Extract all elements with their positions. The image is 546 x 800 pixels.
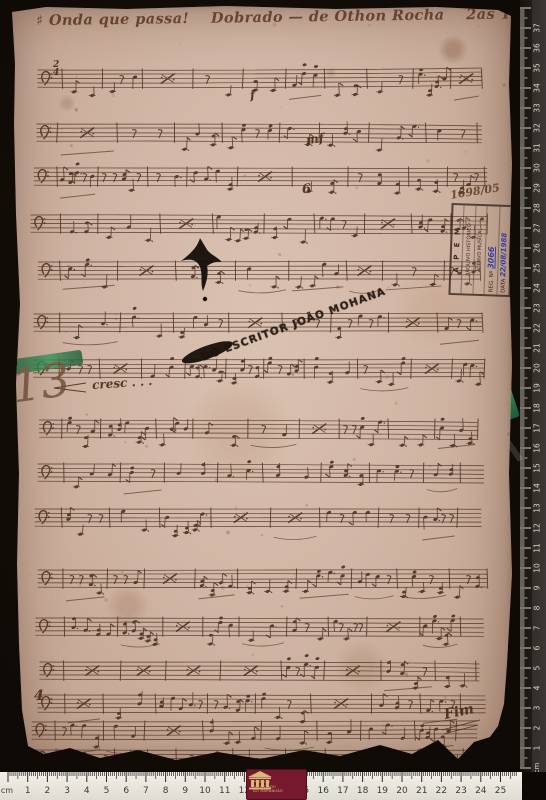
- horizontal-ruler-number: 6: [123, 786, 129, 796]
- vertical-ruler-number: 35: [533, 63, 542, 73]
- stamp-date-label: DATA: [501, 279, 507, 293]
- vertical-ruler-number: 8: [533, 605, 542, 610]
- horizontal-ruler-number: 23: [455, 786, 466, 796]
- building-icon: [247, 770, 273, 790]
- vertical-ruler-ticks: 1234567891011121314151617181920212223242…: [520, 0, 546, 772]
- horizontal-ruler-number: 2: [45, 786, 51, 796]
- horizontal-ruler-number: 25: [495, 786, 506, 796]
- vertical-ruler-number: 34: [533, 83, 542, 93]
- vertical-ruler-number: 13: [533, 503, 542, 513]
- vertical-ruler-number: 10: [533, 563, 542, 573]
- music-notation: [6, 4, 514, 766]
- vertical-ruler-number: 23: [533, 303, 542, 313]
- vertical-ruler-number: 28: [533, 203, 542, 213]
- vertical-ruler-number: 6: [533, 645, 542, 650]
- stamp-reg-label: REG. Nº: [488, 271, 495, 293]
- horizontal-ruler: 1234567891011121314151617181920212223242…: [0, 772, 522, 800]
- horizontal-ruler-number: 4: [84, 786, 90, 796]
- horizontal-ruler-number: 17: [337, 786, 348, 796]
- horizontal-ruler-number: 18: [357, 786, 369, 796]
- vertical-ruler-number: 33: [533, 103, 542, 113]
- vertical-ruler-number: 12: [533, 523, 542, 533]
- horizontal-ruler-number: 19: [377, 786, 389, 796]
- vertical-ruler-number: 16: [533, 443, 542, 453]
- score-annotation: mf: [305, 131, 325, 147]
- horizontal-ruler-number: 3: [64, 786, 70, 796]
- stamp-date-value: 22/08/1988: [499, 233, 509, 277]
- registration-stamp-text: A P E M ARQUIVO HISTÓRICO ACERVO MUSICAL…: [450, 205, 511, 295]
- horizontal-ruler-number: 7: [143, 786, 149, 796]
- vertical-ruler-number: 32: [533, 123, 542, 133]
- vertical-ruler-number: 36: [533, 43, 542, 53]
- vertical-ruler-number: 25: [533, 263, 542, 273]
- horizontal-ruler-number: 20: [396, 786, 408, 796]
- vertical-ruler-number: 3: [533, 705, 542, 710]
- horizontal-ruler-number: 5: [104, 786, 110, 796]
- horizontal-ruler-number: 11: [219, 786, 230, 796]
- vertical-ruler-number: 7: [533, 625, 542, 630]
- vertical-ruler-number: 15: [533, 463, 542, 473]
- stamp-reg-number: 3066: [486, 246, 496, 269]
- archive-logo: ARQUIVO PÚBLICO DO ESTADO DO MARANHÃO: [246, 769, 307, 800]
- vertical-ruler-number: 4: [533, 685, 542, 690]
- vertical-ruler-number: 20: [533, 363, 542, 373]
- vertical-ruler-number: 22: [533, 323, 542, 333]
- horizontal-ruler-number: 1: [25, 786, 31, 796]
- vertical-ruler-number: 11: [533, 543, 542, 553]
- vertical-ruler: 1234567891011121314151617181920212223242…: [520, 0, 546, 772]
- horizontal-ruler-unit: cm: [1, 786, 13, 795]
- horizontal-ruler-number: 24: [475, 786, 487, 796]
- vertical-ruler-number: 18: [533, 403, 542, 413]
- manuscript-page: ♯ Onda que passa! Dobrado — de Othon Roc…: [6, 4, 514, 766]
- vertical-ruler-number: 1: [533, 745, 542, 750]
- photo-stage: ♯ Onda que passa! Dobrado — de Othon Roc…: [0, 0, 546, 800]
- horizontal-ruler-number: 16: [317, 786, 329, 796]
- vertical-ruler-number: 5: [533, 665, 542, 670]
- score-annotation: 6: [301, 182, 311, 198]
- stamp-date-row: DATA 22/08/1988: [497, 207, 511, 295]
- vertical-ruler-unit: cm: [533, 762, 541, 772]
- horizontal-ruler-number: 8: [163, 786, 169, 796]
- vertical-ruler-number: 19: [533, 383, 542, 393]
- horizontal-ruler-number: 21: [416, 786, 427, 796]
- vertical-ruler-number: 9: [533, 585, 542, 590]
- vertical-ruler-number: 21: [533, 343, 542, 353]
- vertical-ruler-number: 14: [533, 483, 542, 493]
- horizontal-ruler-number: 9: [182, 786, 188, 796]
- score-annotation: 4: [34, 688, 44, 704]
- horizontal-ruler-number: 10: [199, 786, 211, 796]
- score-annotation: 4: [53, 68, 59, 78]
- vertical-ruler-number: 24: [533, 283, 542, 293]
- vertical-ruler-number: 31: [533, 143, 542, 153]
- vertical-ruler-number: 30: [533, 163, 542, 173]
- horizontal-ruler-number: 22: [436, 786, 447, 796]
- vertical-ruler-number: 37: [533, 23, 542, 33]
- vertical-ruler-number: 27: [533, 223, 542, 233]
- vertical-ruler-number: 2: [533, 725, 542, 730]
- vertical-ruler-number: 17: [533, 423, 542, 433]
- vertical-ruler-number: 29: [533, 183, 542, 193]
- registration-stamp: A P E M ARQUIVO HISTÓRICO ACERVO MUSICAL…: [448, 203, 513, 297]
- vertical-ruler-number: 26: [533, 243, 542, 253]
